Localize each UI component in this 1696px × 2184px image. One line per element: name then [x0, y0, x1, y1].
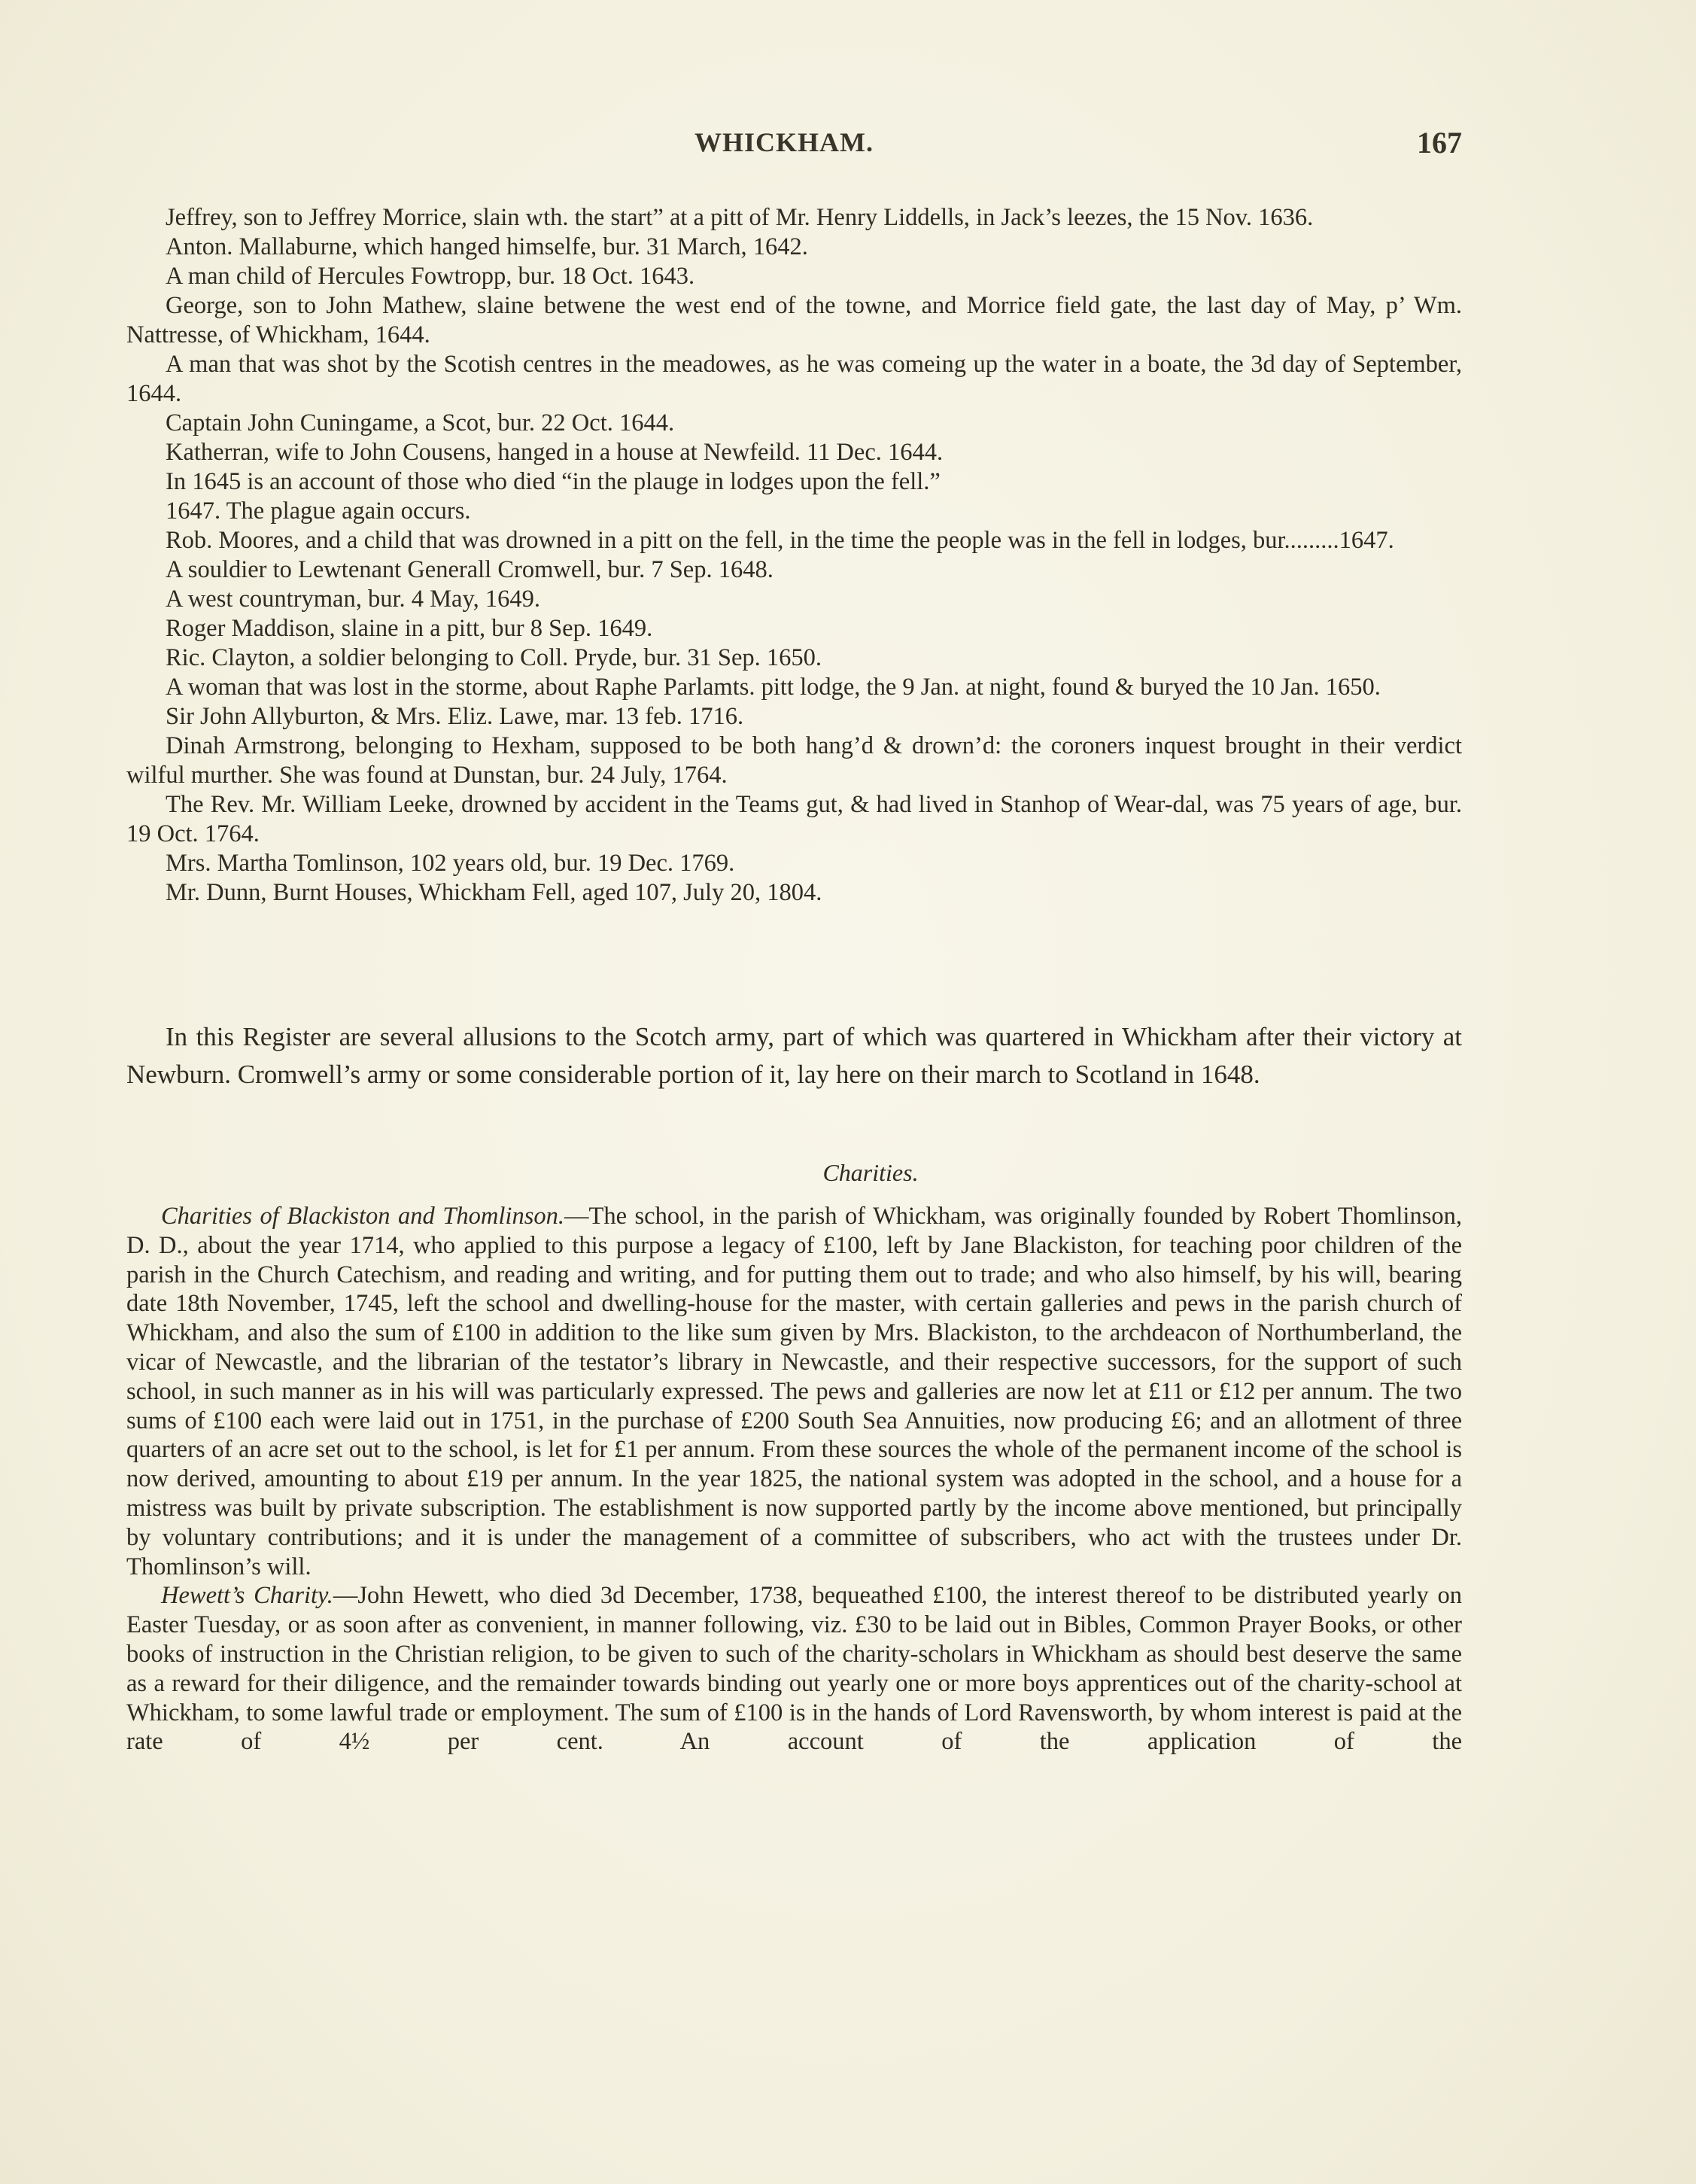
register-entry: Jeffrey, son to Jeffrey Morrice, slain w… — [126, 203, 1462, 233]
register-entry: Anton. Mallaburne, which hanged himselfe… — [126, 233, 1462, 262]
register-entry: The Rev. Mr. William Leeke, drowned by a… — [126, 790, 1462, 849]
register-entry: Rob. Moores, and a child that was drowne… — [126, 526, 1462, 555]
register-entry: George, son to John Mathew, slaine betwe… — [126, 291, 1462, 350]
register-entry: Ric. Clayton, a soldier belonging to Col… — [126, 643, 1462, 673]
burial-register-entries: Jeffrey, son to Jeffrey Morrice, slain w… — [126, 203, 1462, 908]
register-entry: Dinah Armstrong, belonging to Hexham, su… — [126, 732, 1462, 790]
register-entry: Mrs. Martha Tomlinson, 102 years old, bu… — [126, 849, 1462, 878]
register-entry: Mr. Dunn, Burnt Houses, Whickham Fell, a… — [126, 878, 1462, 908]
register-entry: A west countryman, bur. 4 May, 1649. — [126, 585, 1462, 614]
register-entry: A souldier to Lewtenant Generall Cromwel… — [126, 555, 1462, 585]
register-entry: A man child of Hercules Fowtropp, bur. 1… — [126, 262, 1462, 291]
section-heading-charities: Charities. — [0, 1159, 1696, 1187]
register-entry: Sir John Allyburton, & Mrs. Eliz. Lawe, … — [126, 702, 1462, 732]
page-number: 167 — [1417, 125, 1462, 160]
register-summary-paragraph: In this Register are several allusions t… — [126, 1018, 1462, 1094]
register-entry: A woman that was lost in the storme, abo… — [126, 673, 1462, 702]
register-entry: 1647. The plague again occurs. — [126, 497, 1462, 526]
register-entry: A man that was shot by the Scotish centr… — [126, 350, 1462, 409]
charities-section: Charities of Blackiston and Thomlinson.—… — [126, 1202, 1462, 1757]
book-page: WHICKHAM. 167 Jeffrey, son to Jeffrey Mo… — [0, 0, 1696, 2184]
register-entry: Roger Maddison, slaine in a pitt, bur 8 … — [126, 614, 1462, 643]
register-entry: Katherran, wife to John Cousens, hanged … — [126, 438, 1462, 467]
paragraph-text: —The school, in the parish of Whickham, … — [126, 1203, 1462, 1580]
charity-paragraph-blackiston-thomlinson: Charities of Blackiston and Thomlinson.—… — [126, 1202, 1462, 1581]
register-entry: In 1645 is an account of those who died … — [126, 467, 1462, 497]
paragraph-title: Charities of Blackiston and Thomlinson. — [161, 1203, 564, 1230]
paragraph-title: Hewett’s Charity. — [161, 1582, 333, 1609]
running-head: WHICKHAM. 167 — [126, 126, 1462, 172]
register-entry: Captain John Cuningame, a Scot, bur. 22 … — [126, 409, 1462, 438]
charity-paragraph-hewett: Hewett’s Charity.—John Hewett, who died … — [126, 1581, 1462, 1757]
running-title: WHICKHAM. — [695, 126, 874, 158]
